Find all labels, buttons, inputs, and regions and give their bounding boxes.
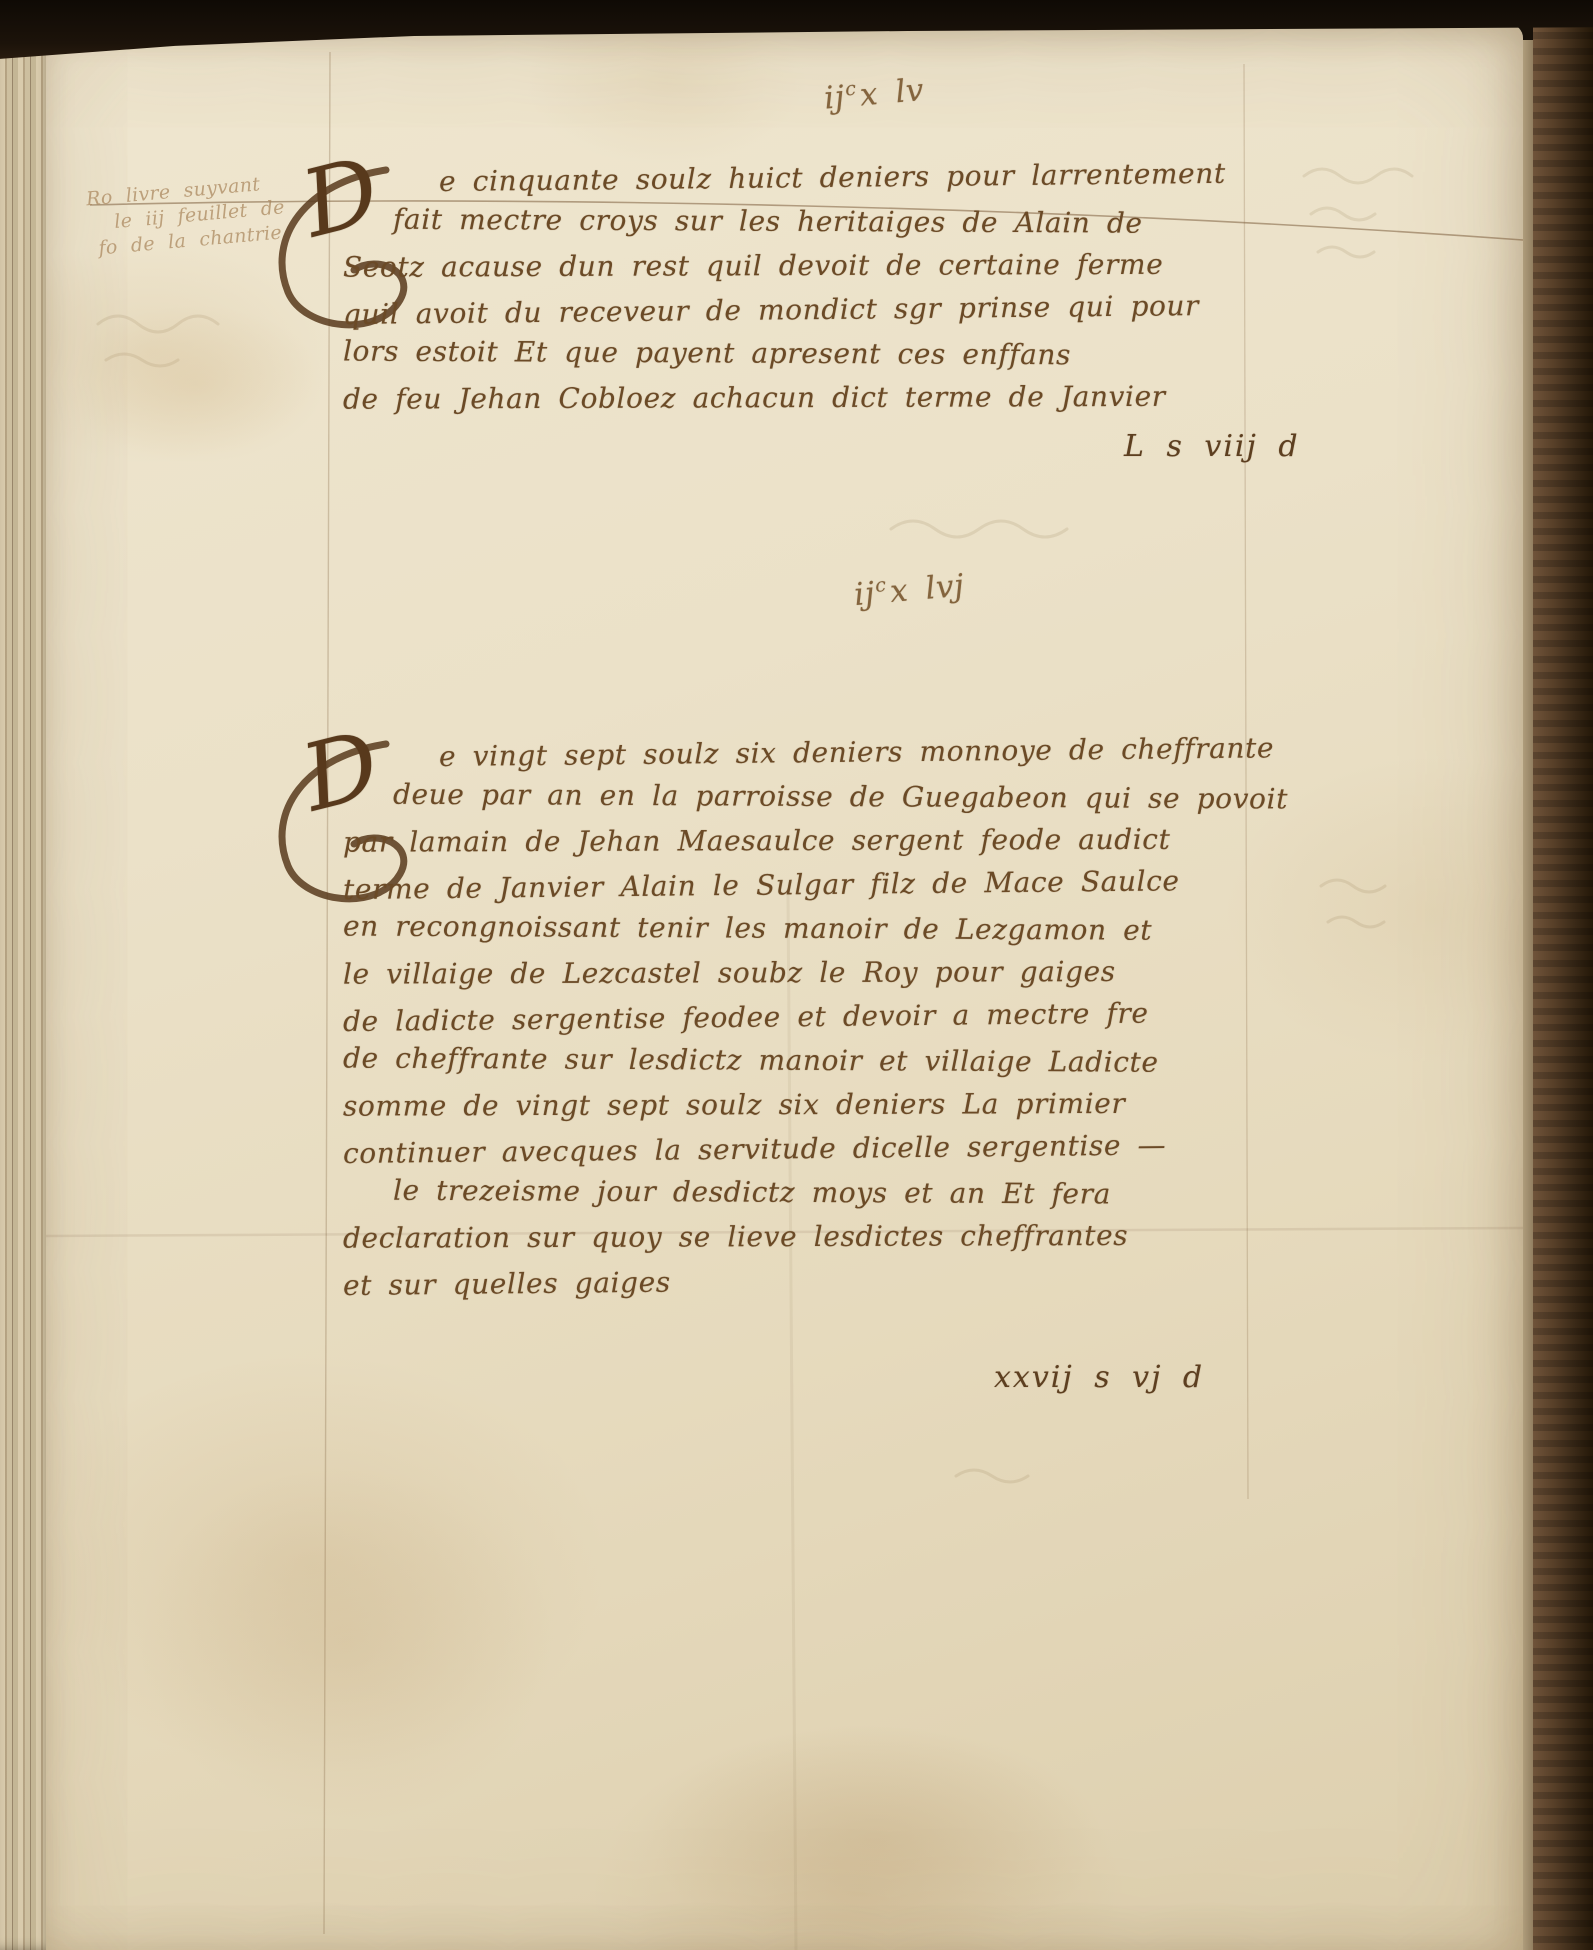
- entry-line: fait mectre croys sur les heritaiges de …: [343, 197, 1303, 246]
- entry-line: Seotz acause dun rest quil devoit de cer…: [343, 242, 1303, 289]
- show-through-mark: [891, 521, 1067, 537]
- book-binding: [1533, 0, 1593, 1950]
- entry-line: par lamain de Jehan Maesaulce sergent fe…: [343, 817, 1303, 864]
- entry-line: e vingt sept soulz six deniers monnoye d…: [343, 726, 1303, 780]
- manuscript-page: ijcx lv Ro livre suyvant le iij feuillet…: [46, 24, 1523, 1950]
- folio-number-1-num: x lv: [858, 72, 925, 113]
- show-through-mark: [98, 316, 218, 366]
- entry-2: e vingt sept soulz six deniers monnoye d…: [343, 731, 1303, 1303]
- entry-line: e cinquante soulz huict deniers pour lar…: [343, 151, 1303, 205]
- manuscript-photo: ijcx lv Ro livre suyvant le iij feuillet…: [0, 0, 1593, 1950]
- entry-line: declaration sur quoy se lieve lesdictes …: [343, 1213, 1303, 1260]
- entry-line: de cheffrante sur lesdictz manoir et vil…: [343, 1036, 1303, 1085]
- show-through-mark: [1321, 880, 1385, 927]
- entry-line: somme de vingt sept soulz six deniers La…: [343, 1081, 1303, 1128]
- entry-2-amount: xxvij s vj d: [994, 1360, 1204, 1395]
- entry-line: terme de Janvier Alain le Sulgar filz de…: [343, 858, 1303, 912]
- entry-line: et sur quelles gaiges: [343, 1254, 1303, 1308]
- folio-number-2-sup: c: [874, 574, 887, 597]
- entry-line: continuer avecques la servitude dicelle …: [343, 1122, 1303, 1176]
- entry-line: le villaige de Lezcastel soubz le Roy po…: [343, 949, 1303, 996]
- folio-number-2-base: ij: [853, 575, 877, 613]
- entry-line: de ladicte sergentise feodee et devoir a…: [343, 990, 1303, 1044]
- entry-line: en recongnoissant tenir les manoir de Le…: [343, 904, 1303, 953]
- folio-number-1-sup: c: [844, 78, 857, 101]
- show-through-mark: [956, 1470, 1028, 1482]
- entry-1: e cinquante soulz huict deniers pour lar…: [343, 156, 1303, 420]
- folio-number-1-base: ij: [823, 79, 847, 117]
- entry-line: deue par an en la parroisse de Guegabeon…: [343, 772, 1303, 821]
- show-through-mark: [1304, 169, 1412, 257]
- entry-line: le trezeisme jour desdictz moys et an Et…: [343, 1168, 1303, 1217]
- entry-line: de feu Jehan Cobloez achacun dict terme …: [343, 374, 1303, 421]
- entry-line: quil avoit du receveur de mondict sgr pr…: [343, 283, 1303, 337]
- entry-line: lors estoit Et que payent apresent ces e…: [343, 329, 1303, 378]
- folio-number-2-num: x lvj: [889, 568, 966, 610]
- entry-1-amount: L s viij d: [1124, 429, 1300, 464]
